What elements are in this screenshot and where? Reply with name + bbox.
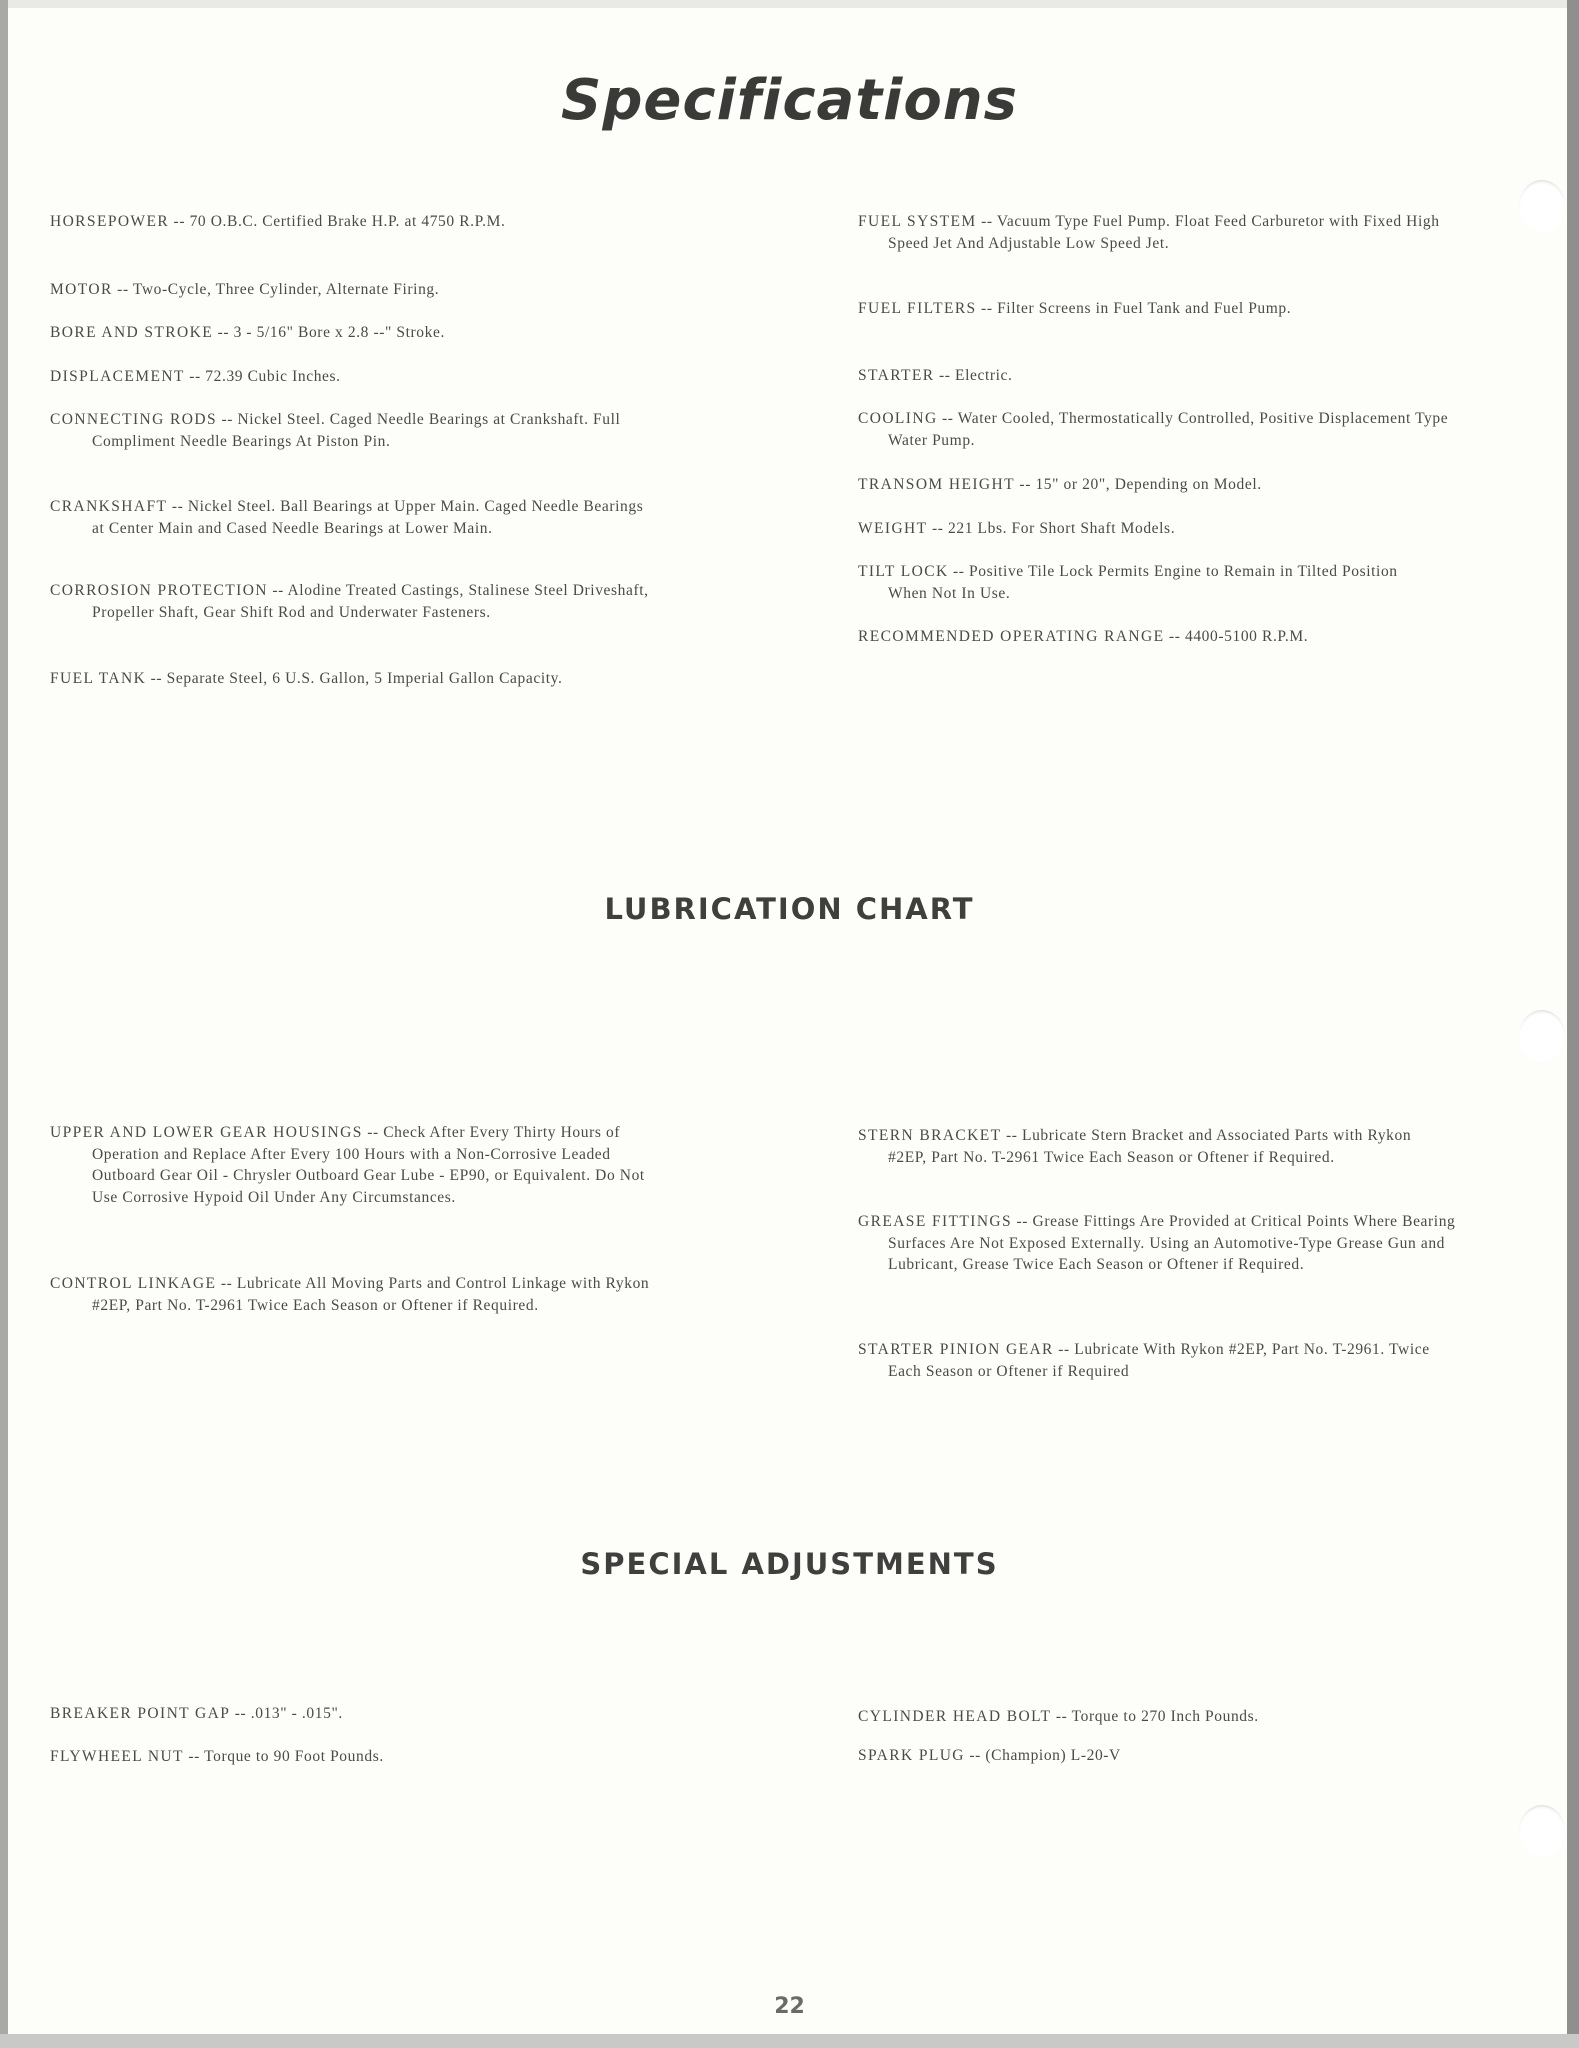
spec-value: 221 Lbs. For Short Shaft Models.	[948, 520, 1175, 537]
punch-hole	[1519, 180, 1565, 232]
adj-value: Torque to 90 Foot Pounds.	[204, 1748, 384, 1765]
scan-right-edge	[1567, 0, 1579, 2048]
spec-cooling: COOLING -- Water Cooled, Thermostaticall…	[858, 408, 1468, 451]
adj-flywheel-nut: FLYWHEEL NUT -- Torque to 90 Foot Pounds…	[50, 1746, 692, 1768]
spec-motor: MOTOR -- Two-Cycle, Three Cylinder, Alte…	[50, 279, 692, 301]
spec-tilt-lock: TILT LOCK -- Positive Tile Lock Permits …	[858, 561, 1428, 604]
adj-label: FLYWHEEL NUT	[50, 1748, 184, 1765]
spec-bore-and-stroke: BORE AND STROKE -- 3 - 5/16" Bore x 2.8 …	[50, 322, 692, 344]
punch-hole	[1519, 1010, 1565, 1062]
spec-starter: STARTER -- Electric.	[858, 365, 1458, 387]
lube-control-linkage: CONTROL LINKAGE -- Lubricate All Moving …	[50, 1273, 652, 1316]
spec-value: Electric.	[955, 367, 1012, 384]
spec-value: 4400-5100 R.P.M.	[1185, 628, 1308, 645]
spec-weight: WEIGHT -- 221 Lbs. For Short Shaft Model…	[858, 518, 1488, 540]
spec-label: WEIGHT	[858, 520, 928, 537]
spec-fuel-system: FUEL SYSTEM -- Vacuum Type Fuel Pump. Fl…	[858, 211, 1458, 254]
adj-value: Torque to 270 Inch Pounds.	[1072, 1708, 1259, 1725]
punch-hole	[1519, 1805, 1565, 1857]
adj-label: CYLINDER HEAD BOLT	[858, 1708, 1051, 1725]
spec-label: MOTOR	[50, 281, 113, 298]
lube-label: UPPER AND LOWER GEAR HOUSINGS	[50, 1124, 363, 1141]
lube-starter-pinion-gear: STARTER PINION GEAR -- Lubricate With Ry…	[858, 1339, 1458, 1382]
spec-value: 3 - 5/16" Bore x 2.8 --" Stroke.	[234, 324, 445, 341]
spec-label: CORROSION PROTECTION	[50, 582, 268, 599]
spec-value: 72.39 Cubic Inches.	[205, 368, 340, 385]
lubrication-chart-heading: LUBRICATION CHART	[0, 892, 1579, 926]
spec-label: CONNECTING RODS	[50, 411, 217, 428]
spec-value: 15" or 20", Depending on Model.	[1035, 476, 1261, 493]
scan-bottom-edge	[0, 2034, 1579, 2048]
lube-label: CONTROL LINKAGE	[50, 1275, 216, 1292]
adj-breaker-point-gap: BREAKER POINT GAP -- .013" - .015".	[50, 1703, 692, 1725]
adj-spark-plug: SPARK PLUG -- (Champion) L-20-V	[858, 1745, 1488, 1767]
spec-label: TRANSOM HEIGHT	[858, 476, 1015, 493]
lube-label: STERN BRACKET	[858, 1127, 1002, 1144]
spec-value: Separate Steel, 6 U.S. Gallon, 5 Imperia…	[167, 670, 563, 687]
spec-label: RECOMMENDED OPERATING RANGE	[858, 628, 1164, 645]
adj-value: .013" - .015".	[251, 1705, 343, 1722]
spec-label: HORSEPOWER	[50, 213, 169, 230]
scan-left-edge	[0, 0, 8, 2048]
spec-value: Water Cooled, Thermostatically Controlle…	[888, 410, 1448, 449]
spec-fuel-tank: FUEL TANK -- Separate Steel, 6 U.S. Gall…	[50, 668, 632, 690]
spec-label: CRANKSHAFT	[50, 498, 167, 515]
spec-label: COOLING	[858, 410, 938, 427]
spec-value: Filter Screens in Fuel Tank and Fuel Pum…	[997, 300, 1291, 317]
spec-value: 70 O.B.C. Certified Brake H.P. at 4750 R…	[190, 213, 506, 230]
spec-transom-height: TRANSOM HEIGHT -- 15" or 20", Depending …	[858, 474, 1488, 496]
lube-grease-fittings: GREASE FITTINGS -- Grease Fittings Are P…	[858, 1211, 1463, 1276]
special-adjustments-heading: SPECIAL ADJUSTMENTS	[0, 1547, 1579, 1581]
lube-label: STARTER PINION GEAR	[858, 1341, 1054, 1358]
spec-crankshaft: CRANKSHAFT -- Nickel Steel. Ball Bearing…	[50, 496, 647, 539]
spec-label: TILT LOCK	[858, 563, 949, 580]
spec-operating-range: RECOMMENDED OPERATING RANGE -- 4400-5100…	[858, 626, 1428, 648]
spec-corrosion-protection: CORROSION PROTECTION -- Alodine Treated …	[50, 580, 662, 623]
spec-label: FUEL FILTERS	[858, 300, 977, 317]
spec-label: FUEL SYSTEM	[858, 213, 977, 230]
spec-value: Two-Cycle, Three Cylinder, Alternate Fir…	[133, 281, 439, 298]
adj-label: SPARK PLUG	[858, 1747, 965, 1764]
adj-value: (Champion) L-20-V	[985, 1747, 1120, 1764]
page-title: Specifications	[0, 68, 1579, 133]
spec-fuel-filters: FUEL FILTERS -- Filter Screens in Fuel T…	[858, 298, 1458, 320]
spec-label: BORE AND STROKE	[50, 324, 213, 341]
spec-horsepower: HORSEPOWER -- 70 O.B.C. Certified Brake …	[50, 211, 652, 233]
lube-label: GREASE FITTINGS	[858, 1213, 1012, 1230]
lube-gear-housings: UPPER AND LOWER GEAR HOUSINGS -- Check A…	[50, 1122, 652, 1208]
adj-label: BREAKER POINT GAP	[50, 1705, 230, 1722]
spec-connecting-rods: CONNECTING RODS -- Nickel Steel. Caged N…	[50, 409, 667, 452]
spec-label: DISPLACEMENT	[50, 368, 185, 385]
page-number: 22	[0, 1994, 1579, 2019]
spec-label: FUEL TANK	[50, 670, 146, 687]
spec-label: STARTER	[858, 367, 935, 384]
adj-cylinder-head-bolt: CYLINDER HEAD BOLT -- Torque to 270 Inch…	[858, 1706, 1488, 1728]
spec-displacement: DISPLACEMENT -- 72.39 Cubic Inches.	[50, 366, 692, 388]
lube-stern-bracket: STERN BRACKET -- Lubricate Stern Bracket…	[858, 1125, 1438, 1168]
scan-top-edge	[0, 0, 1579, 8]
